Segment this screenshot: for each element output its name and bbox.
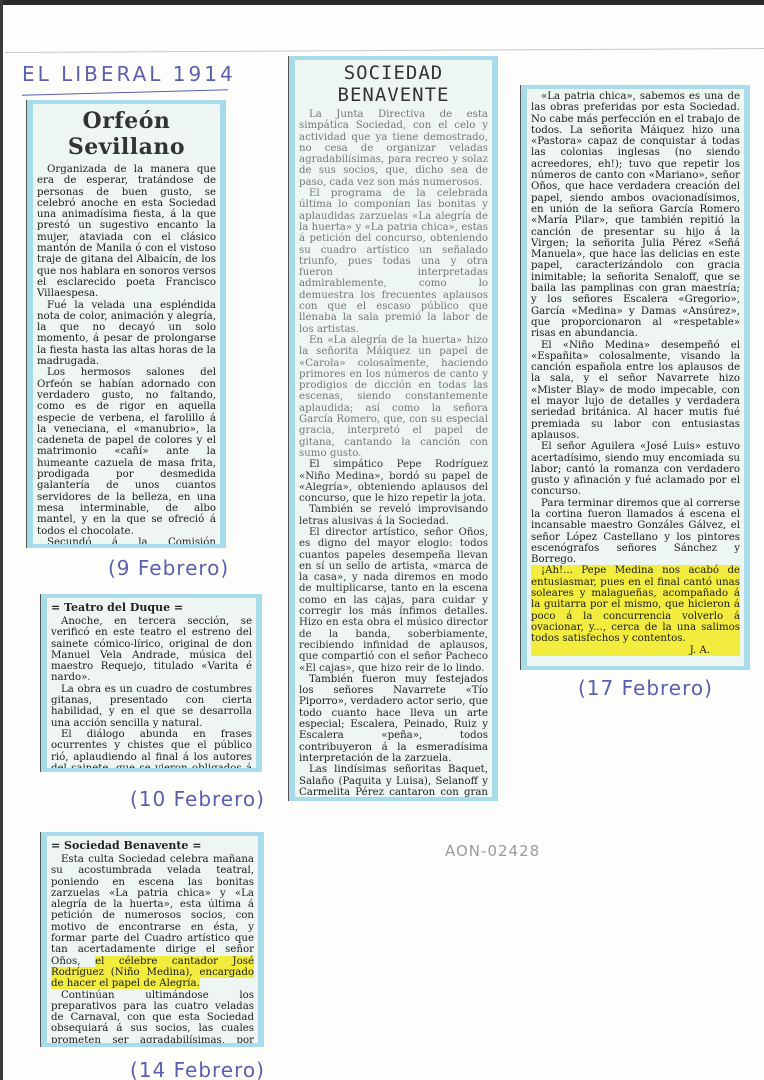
clipping-title: Orfeón Sevillano [37,108,216,160]
clipping-teatro-del-duque: = Teatro del Duque = Anoche, en tercera … [40,594,262,772]
date-note-17-febrero: (17 Febrero) [578,676,713,700]
signature: J. A. [531,645,740,656]
paragraph: Fué la velada una espléndida nota de col… [37,300,216,368]
clipping-sociedad-benavente-short: = Sociedad Benavente = Esta culta Socied… [40,832,264,1047]
header-underline [22,89,228,95]
scan-top-edge [0,0,764,5]
paragraph: «La patria chica», sabemos es una de las… [531,91,740,340]
paragraph: El diálogo abunda en frases ocurrentes y… [51,729,252,768]
paragraph: Anoche, en tercera sección, se verificó … [51,616,252,684]
paragraph: Esta culta Sociedad celebra mañana su ac… [51,854,254,990]
page-rule [5,48,764,53]
clipping-continuation: «La patria chica», sabemos es una de las… [520,85,750,670]
date-note-9-febrero: (9 Febrero) [108,556,229,580]
clipping-orfeon-sevillano: Orfeón Sevillano Organizada de la manera… [26,100,226,548]
paragraph: Los hermosos salones del Orfeón se había… [37,367,216,536]
paragraph: El simpático Pepe Rodríguez «Niño Medina… [299,459,488,504]
highlighted-paragraph: ¡Ah!... Pepe Medina nos acabó de entusia… [531,565,740,644]
handwritten-header: EL LIBERAL 1914 [22,62,236,86]
paragraph: El programa de la celebrada última lo co… [299,188,488,335]
paragraph: Secundó á la Comisión organizadora, con … [37,537,216,544]
clipping-title: = Sociedad Benavente = [51,839,254,852]
scan-left-edge [0,0,3,1080]
paragraph: El señor Aguilera «José Luis» estuvo ace… [531,441,740,497]
clipping-title: = Teatro del Duque = [51,601,252,614]
paragraph: También se reveló improvisando letras al… [299,504,488,527]
paragraph: Continúan ultimándose los preparativos p… [51,990,254,1043]
date-note-10-febrero: (10 Febrero) [130,787,265,811]
paragraph: El «Niño Medina» desempeñó el «Españita»… [531,340,740,442]
paragraph: Organizada de la manera que era de esper… [37,164,216,300]
paragraph: Para terminar diremos que al correrse la… [531,498,740,566]
clipping-sociedad-benavente-long: SOCIEDAD BENAVENTE La Junta Directiva de… [288,56,498,801]
paragraph: También fueron muy festejados los señore… [299,674,488,764]
clipping-title: SOCIEDAD BENAVENTE [299,62,488,106]
date-note-14-febrero: (14 Febrero) [130,1058,265,1080]
paragraph: Las lindísimas señoritas Baquet, Salaño … [299,764,488,797]
archive-id: AON-02428 [445,842,540,860]
paragraph: La Junta Directiva de esta simpática Soc… [299,109,488,188]
paragraph: El director artístico, señor Oños, es di… [299,527,488,674]
paragraph: En «La alegría de la huerta» hizo la señ… [299,335,488,459]
paragraph: La obra es un cuadro de costumbres gitan… [51,684,252,729]
